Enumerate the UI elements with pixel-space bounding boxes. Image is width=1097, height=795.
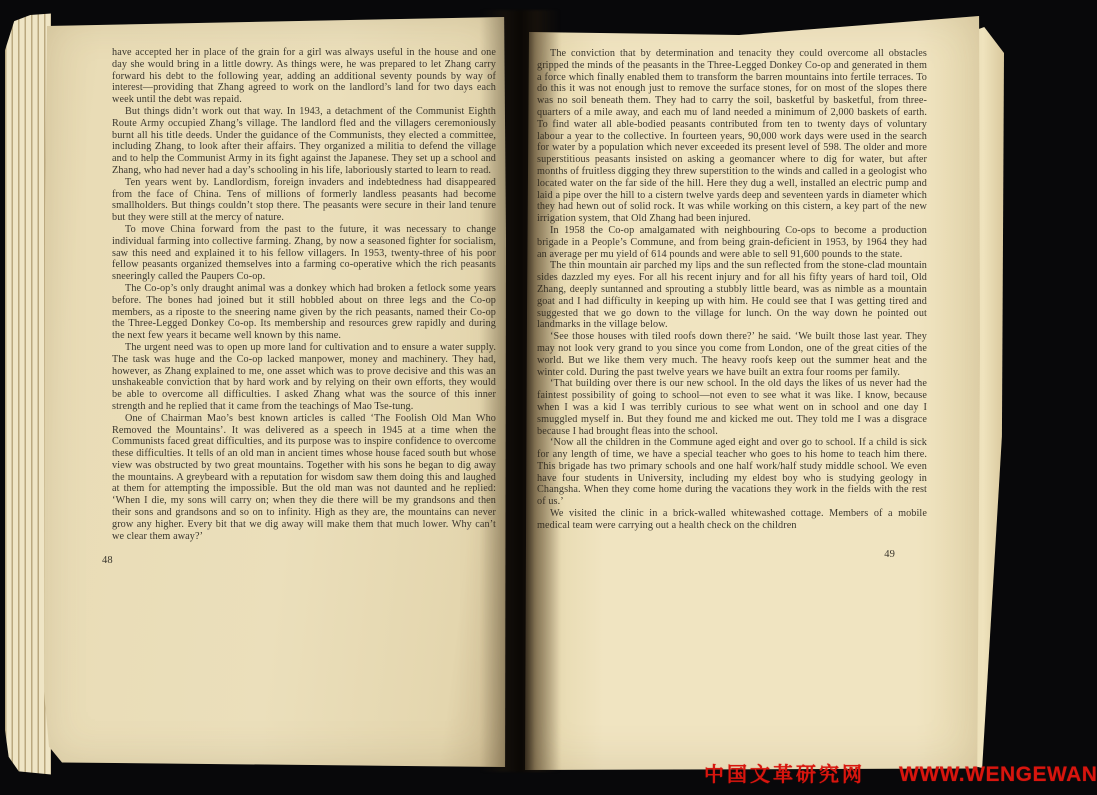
paragraph: The conviction that by determination and…: [537, 48, 927, 225]
left-page-text-column: have accepted her in place of the grain …: [112, 47, 496, 567]
open-book-photo: have accepted her in place of the grain …: [0, 0, 1097, 795]
paragraph: Ten years went by. Landlordism, foreign …: [112, 177, 496, 224]
paragraph: ‘Now all the children in the Commune age…: [537, 437, 927, 508]
right-page-text-column: The conviction that by determination and…: [537, 48, 927, 560]
paragraph: The urgent need was to open up more land…: [112, 342, 496, 413]
paragraph: We visited the clinic in a brick-walled …: [537, 508, 927, 532]
paragraph: But things didn’t work out that way. In …: [112, 106, 496, 177]
right-page: The conviction that by determination and…: [521, 13, 980, 770]
watermark: 中国文革研究网 WWW.WENGEWANG.ORG: [704, 758, 1097, 787]
left-page: have accepted her in place of the grain …: [40, 13, 506, 767]
paragraph: The Co-op’s only draught animal was a do…: [112, 283, 496, 342]
paragraph: To move China forward from the past to t…: [112, 224, 496, 283]
right-page-number: 49: [537, 549, 927, 561]
paragraph: The thin mountain air parched my lips an…: [537, 260, 927, 331]
paragraph: One of Chairman Mao’s best known article…: [112, 413, 496, 543]
paragraph: have accepted her in place of the grain …: [112, 47, 496, 106]
left-page-number: 48: [102, 555, 496, 567]
watermark-site-url: WWW.WENGEWANG.ORG: [899, 763, 1097, 787]
paragraph: In 1958 the Co-op amalgamated with neigh…: [537, 225, 927, 260]
watermark-site-name: 中国文革研究网: [704, 758, 865, 787]
paragraph: ‘See those houses with tiled roofs down …: [537, 331, 927, 378]
paragraph: ‘That building over there is our new sch…: [537, 378, 927, 437]
